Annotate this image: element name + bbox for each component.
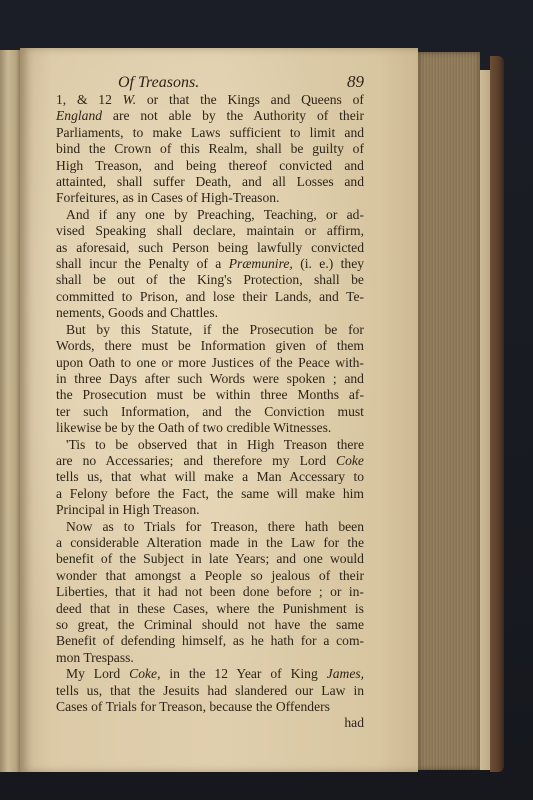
page-number: 89 [347, 74, 364, 90]
paragraph: 1, & 12 W. or that the Kings and Queens … [56, 92, 364, 207]
text-line: benefit of the Subject in late Years; an… [56, 551, 364, 567]
text-line: attainted, shall suffer Death, and all L… [56, 174, 364, 190]
text-line: in three Days after such Words were spok… [56, 371, 364, 387]
text-line: 'Tis to be observed that in High Treason… [56, 437, 364, 453]
text-line: ter such Information, and the Conviction… [56, 404, 364, 420]
text-line: bind the Crown of this Realm, shall be g… [56, 141, 364, 157]
text-line: a considerable Alteration made in the La… [56, 535, 364, 551]
text-line: shall be out of the King's Protection, s… [56, 272, 364, 288]
text-line: Words, there must be Information given o… [56, 338, 364, 354]
text-line: a Felony before the Fact, the same will … [56, 486, 364, 502]
text-line: Parliaments, to make Laws sufficient to … [56, 125, 364, 141]
text-line: wonder that amongst a People so jealous … [56, 568, 364, 584]
text-line: But by this Statute, if the Prosecution … [56, 322, 364, 338]
fore-edge-page-stack [418, 52, 480, 770]
text-line: And if any one by Preaching, Teaching, o… [56, 207, 364, 223]
text-line: the Prosecution must be within three Mon… [56, 387, 364, 403]
text-line: Benefit of defending himself, as he hath… [56, 633, 364, 649]
text-line: High Treason, and being thereof convicte… [56, 158, 364, 174]
text-line: 1, & 12 W. or that the Kings and Queens … [56, 92, 364, 108]
text-line: tells us, that the Jesuits had slandered… [56, 683, 364, 699]
text-line: England are not able by the Authority of… [56, 108, 364, 124]
paragraph: But by this Statute, if the Prosecution … [56, 322, 364, 437]
fore-edge-end-leaf [480, 70, 490, 770]
text-line: My Lord Coke, in the 12 Year of King Jam… [56, 666, 364, 682]
paragraph: 'Tis to be observed that in High Treason… [56, 437, 364, 519]
paragraph: My Lord Coke, in the 12 Year of King Jam… [56, 666, 364, 715]
text-line: are no Accessaries; and therefore my Lor… [56, 453, 364, 469]
text-line: so great, the Criminal should not have t… [56, 617, 364, 633]
text-line: deed that in these Cases, where the Puni… [56, 601, 364, 617]
text-line: likewise be by the Oath of two credible … [56, 420, 364, 436]
running-head: Of Treasons. [118, 75, 199, 91]
text-line: upon Oath to one or more Justices of the… [56, 355, 364, 371]
page-text-block: Of Treasons. 89 1, & 12 W. or that the K… [56, 72, 364, 732]
text-line: shall incur the Penalty of a Præmunire, … [56, 256, 364, 272]
text-line: Forfeitures, as in Cases of High-Treason… [56, 190, 364, 206]
text-line: Principal in High Treason. [56, 502, 364, 518]
text-line: tells us, that what will make a Man Acce… [56, 469, 364, 485]
text-line: Cases of Trials for Treason, because the… [56, 699, 364, 715]
gutter-left-page-edge [0, 50, 20, 772]
text-line: vised Speaking shall declare, maintain o… [56, 223, 364, 239]
text-line: nements, Goods and Chattles. [56, 305, 364, 321]
text-line: committed to Prison, and lose their Land… [56, 289, 364, 305]
text-line: Now as to Trials for Treason, there hath… [56, 519, 364, 535]
page-header: Of Treasons. 89 [56, 72, 364, 92]
body-text: 1, & 12 W. or that the Kings and Queens … [56, 92, 364, 715]
text-line: Liberties, that it had not been done bef… [56, 584, 364, 600]
paragraph: Now as to Trials for Treason, there hath… [56, 519, 364, 667]
paragraph: And if any one by Preaching, Teaching, o… [56, 207, 364, 322]
text-line: mon Trespass. [56, 650, 364, 666]
text-line: as aforesaid, such Person being lawfully… [56, 240, 364, 256]
catchword: had [56, 715, 364, 731]
leather-cover-edge [490, 56, 504, 772]
